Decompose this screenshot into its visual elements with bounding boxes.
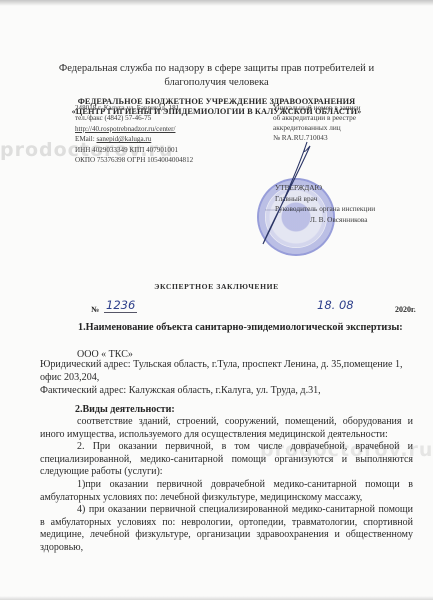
agency-line-1: Федеральная служба по надзору в сфере за… <box>0 62 433 76</box>
institution-line-1: ФЕДЕРАЛЬНОЕ БЮДЖЕТНОЕ УЧРЕЖДЕНИЕ ЗДРАВОО… <box>0 97 433 107</box>
watermark: prodoctorov.ru <box>0 139 173 161</box>
document-title: ЭКСПЕРТНОЕ ЗАКЛЮЧЕНИЕ <box>0 282 433 291</box>
document-number: 1236 <box>104 298 137 313</box>
watermark: prodoctorov.ru <box>260 439 433 461</box>
document-date: 18. 08 <box>317 298 354 312</box>
activity-paragraph: 1)при оказании первичной доврачебной мед… <box>40 479 413 504</box>
contact-website-link[interactable]: http://40.rospotrebnadzor.ru/center/ <box>75 124 193 134</box>
signer-name: Л. В. Овсянникова <box>310 215 368 224</box>
contact-phone: тел./факс (4842) 57-46-75 <box>75 113 193 123</box>
accreditation-line-2: об аккредитации в реестре <box>273 113 361 123</box>
document-page: Федеральная служба по надзору в сфере за… <box>0 0 433 600</box>
section-1-heading: 1.Наименование объекта санитарно-эпидеми… <box>78 322 403 333</box>
institution-name: ФЕДЕРАЛЬНОЕ БЮДЖЕТНОЕ УЧРЕЖДЕНИЕ ЗДРАВОО… <box>0 97 433 117</box>
activity-paragraph: 4) при оказании первичной специализирова… <box>40 504 413 554</box>
legal-address-line-2: офис 203,204, <box>40 372 99 384</box>
section-2-heading: 2.Виды деятельности: <box>75 404 175 415</box>
legal-address-line-1: Юридический адрес: Тульская область, г.Т… <box>40 359 403 371</box>
signature-icon <box>255 140 315 250</box>
agency-line-2: благополучия человека <box>0 76 433 90</box>
scan-top-edge <box>0 0 433 6</box>
accreditation-line-1: Уникальный номер в записи <box>273 103 361 113</box>
scan-bottom-edge <box>0 596 433 600</box>
document-number-label: № <box>91 305 99 314</box>
contact-address: 248018 г. Калуга ул. Баррикад, 181 <box>75 103 193 113</box>
agency-name: Федеральная служба по надзору в сфере за… <box>0 62 433 90</box>
accreditation-block: Уникальный номер в записи об аккредитаци… <box>273 103 361 143</box>
activity-paragraph: соответствие зданий, строений, сооружени… <box>40 416 413 441</box>
document-year: 2020г. <box>395 305 416 314</box>
actual-address: Фактический адрес: Калужская область, г.… <box>40 385 321 397</box>
institution-line-2: «ЦЕНТР ГИГИЕНЫ И ЭПИДЕМИОЛОГИИ В КАЛУЖСК… <box>0 107 433 117</box>
accreditation-line-3: аккредитованных лиц <box>273 123 361 133</box>
